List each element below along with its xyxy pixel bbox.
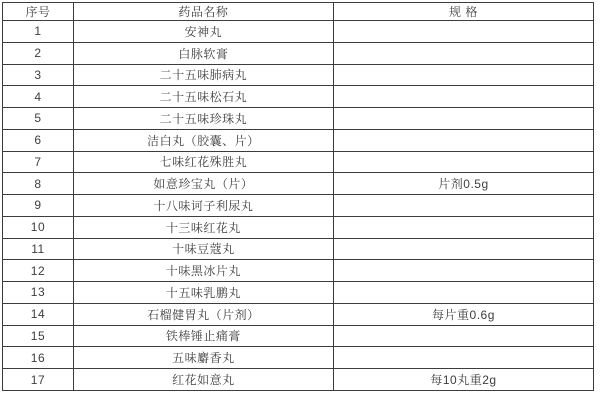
cell-name: 洁白丸（胶囊、片）: [73, 129, 333, 151]
header-row: 序号 药品名称 规 格: [3, 3, 594, 21]
cell-no: 8: [3, 173, 74, 195]
table-row: 10 十三味红花丸: [3, 216, 594, 238]
table-row: 5 二十五味珍珠丸: [3, 108, 594, 130]
cell-name: 二十五味肺病丸: [73, 64, 333, 86]
header-cell-spec: 规 格: [333, 3, 593, 21]
table-row: 15 铁棒锤止痛膏: [3, 325, 594, 347]
cell-spec: 每片重0.6g: [333, 303, 593, 325]
cell-no: 9: [3, 195, 74, 217]
cell-no: 10: [3, 216, 74, 238]
table-row: 13 十五味乳鹏丸: [3, 282, 594, 304]
table-row: 12 十味黑冰片丸: [3, 260, 594, 282]
cell-name: 十五味乳鹏丸: [73, 282, 333, 304]
cell-spec: [333, 86, 593, 108]
cell-spec: [333, 282, 593, 304]
cell-spec: 每10丸重2g: [333, 369, 593, 391]
cell-no: 2: [3, 42, 74, 64]
cell-no: 7: [3, 151, 74, 173]
cell-no: 14: [3, 303, 74, 325]
header-cell-name: 药品名称: [73, 3, 333, 21]
cell-spec: [333, 260, 593, 282]
cell-no: 13: [3, 282, 74, 304]
table-row: 8 如意珍宝丸（片） 片剂0.5g: [3, 173, 594, 195]
table-body: 1 安神丸 2 白脉软膏 3 二十五味肺病丸 4: [3, 21, 594, 391]
cell-no: 5: [3, 108, 74, 130]
cell-no: 11: [3, 238, 74, 260]
cell-spec: [333, 195, 593, 217]
cell-name: 如意珍宝丸（片）: [73, 173, 333, 195]
cell-spec: [333, 129, 593, 151]
cell-name: 二十五味珍珠丸: [73, 108, 333, 130]
cell-name: 二十五味松石丸: [73, 86, 333, 108]
cell-no: 17: [3, 369, 74, 391]
cell-name: 红花如意丸: [73, 369, 333, 391]
cell-spec: [333, 21, 593, 43]
cell-name: 石榴健胃丸（片剂）: [73, 303, 333, 325]
cell-name: 十味黑冰片丸: [73, 260, 333, 282]
cell-spec: 片剂0.5g: [333, 173, 593, 195]
cell-spec: [333, 42, 593, 64]
cell-spec: [333, 216, 593, 238]
cell-no: 15: [3, 325, 74, 347]
table-row: 4 二十五味松石丸: [3, 86, 594, 108]
cell-spec: [333, 347, 593, 369]
cell-no: 1: [3, 21, 74, 43]
header-cell-no: 序号: [3, 3, 74, 21]
cell-no: 12: [3, 260, 74, 282]
table-row: 1 安神丸: [3, 21, 594, 43]
table-row: 14 石榴健胃丸（片剂） 每片重0.6g: [3, 303, 594, 325]
cell-spec: [333, 238, 593, 260]
table-row: 17 红花如意丸 每10丸重2g: [3, 369, 594, 391]
table-row: 3 二十五味肺病丸: [3, 64, 594, 86]
table-row: 11 十味豆蔻丸: [3, 238, 594, 260]
medicine-table-container: 序号 药品名称 规 格 1 安神丸 2 白脉软膏: [2, 2, 594, 391]
cell-no: 6: [3, 129, 74, 151]
cell-name: 五味麝香丸: [73, 347, 333, 369]
table-row: 6 洁白丸（胶囊、片）: [3, 129, 594, 151]
cell-spec: [333, 151, 593, 173]
cell-spec: [333, 325, 593, 347]
cell-spec: [333, 108, 593, 130]
cell-name: 十味豆蔻丸: [73, 238, 333, 260]
cell-name: 白脉软膏: [73, 42, 333, 64]
cell-name: 铁棒锤止痛膏: [73, 325, 333, 347]
table-row: 7 七味红花殊胜丸: [3, 151, 594, 173]
cell-no: 16: [3, 347, 74, 369]
cell-no: 3: [3, 64, 74, 86]
cell-spec: [333, 64, 593, 86]
cell-name: 七味红花殊胜丸: [73, 151, 333, 173]
cell-no: 4: [3, 86, 74, 108]
medicine-table: 序号 药品名称 规 格 1 安神丸 2 白脉软膏: [2, 2, 594, 391]
cell-name: 十八味诃子利尿丸: [73, 195, 333, 217]
table-row: 2 白脉软膏: [3, 42, 594, 64]
table-row: 9 十八味诃子利尿丸: [3, 195, 594, 217]
cell-name: 十三味红花丸: [73, 216, 333, 238]
cell-name: 安神丸: [73, 21, 333, 43]
table-row: 16 五味麝香丸: [3, 347, 594, 369]
